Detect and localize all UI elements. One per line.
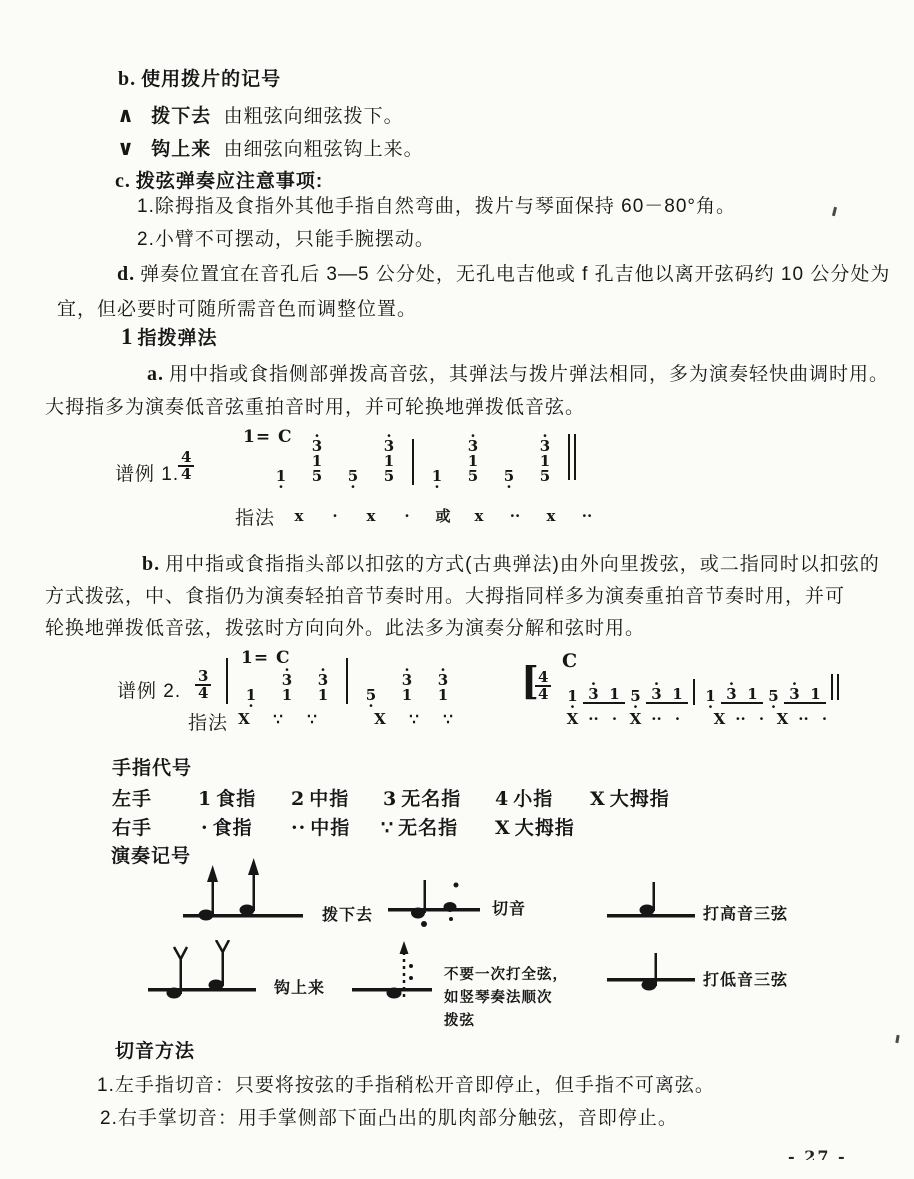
cut-method-title: 切音方法 <box>115 1036 195 1063</box>
downstroke-desc: 由粗弦向细弦拨下。 <box>224 106 404 127</box>
finger-code: 1 <box>198 788 212 810</box>
music-example-2: 谱例 2. 1= C 3 4 1··31··31·5··31··31· 指法 X… <box>115 648 885 743</box>
sign-cut-label: 切音 <box>492 896 526 919</box>
sign-hit-high-strings: 打高音三弦 <box>607 876 788 930</box>
finger-code: 4 <box>495 788 509 810</box>
arpeggio-label-line-2: 如竖琴奏法顺次 <box>444 987 568 1010</box>
sign-pick-down: 拨下去 <box>183 858 373 934</box>
sign-hook-up-label: 钩上来 <box>274 975 325 998</box>
example-1-fingering: x·x·或x··x·· <box>281 505 605 526</box>
section-d-line-1: d.弹奏位置宜在音孔后 3—5 公分处，无孔电吉他或 f 孔吉他以离开弦码约 1… <box>117 259 890 286</box>
left-finger-4: 4小指 <box>495 784 553 811</box>
arpeggio-note-icon <box>352 938 438 1016</box>
scan-speck <box>832 207 837 216</box>
page-number: - 27 - <box>788 1147 847 1160</box>
finger-code: X <box>495 817 511 839</box>
sign-hit-high-label: 打高音三弦 <box>703 901 788 924</box>
time-sig-denominator: 4 <box>178 465 194 482</box>
finger-code: 2 <box>291 788 305 810</box>
example-1-time-signature: 4 4 <box>178 450 194 482</box>
time-sig-denominator: 4 <box>535 685 551 702</box>
finger-name: 小指 <box>513 789 553 810</box>
para-b-text-1: 用中指或食指指头部以扣弦的方式(古典弹法)由外向里拨弦，或二指同时以扣弦的 <box>165 554 880 575</box>
arpeggio-label-line-3: 拨弦 <box>444 1010 568 1033</box>
example-2-time-signature-left: 3 4 <box>195 669 211 701</box>
finger-name: 食指 <box>213 818 253 839</box>
section-c-item-1: 1.除拇指及食指外其他手指自然弯曲，拨片与琴面保持 60－80°角。 <box>137 191 736 218</box>
finger-name: 大拇指 <box>610 789 670 810</box>
example-2-key-signature-right: C <box>562 650 578 672</box>
finger-name: 无名指 <box>401 789 461 810</box>
section-d-label: d. <box>117 263 135 285</box>
finger-code: ∵ <box>381 817 394 839</box>
para-b-line-2: 方式拨弦，中、食指仍为演奏轻拍音节奏时用。大拇指同样多为演奏重拍音节奏时用，并可 <box>45 581 845 608</box>
high-note-icon <box>607 876 699 930</box>
finger-name: 食指 <box>216 789 256 810</box>
right-finger-index: ·食指 <box>201 813 253 840</box>
time-sig-denominator: 4 <box>195 684 211 701</box>
sign-hit-low-strings: 打低音三弦 <box>607 948 788 998</box>
low-note-icon <box>607 948 699 998</box>
section-d-text-1: 弹奏位置宜在音孔后 3—5 公分处，无孔电吉他或 f 孔吉他以离开弦码约 10 … <box>140 264 890 285</box>
cut-method-item-2: 2.右手掌切音：用手掌侧部下面凸出的肌肉部分触弦，音即停止。 <box>100 1103 678 1130</box>
finger-code: ·· <box>291 817 306 839</box>
time-sig-numerator: 4 <box>535 670 551 685</box>
finger-code: 3 <box>383 788 397 810</box>
para-b-label: b. <box>142 553 160 575</box>
para-b-line-3: 轮换地弹拨低音弦，拨弦时方向向外。此法多为演奏分解和弦时用。 <box>45 613 645 640</box>
example-2-fingering-left: X∵∵X∵∵ <box>227 710 465 729</box>
sign-hit-low-label: 打低音三弦 <box>703 967 788 990</box>
finger-code: X <box>590 788 606 810</box>
example-2-label: 谱例 2. <box>117 676 181 703</box>
section-b-title: 使用拨片的记号 <box>141 69 281 90</box>
pick-symbol-down-row: ∧ 拨下去 由粗弦向细弦拨下。 <box>117 101 404 128</box>
left-hand-label: 左手 <box>112 784 152 811</box>
section-1-heading: 1指拨弹法 <box>121 323 218 350</box>
upstroke-name: 钩上来 <box>151 134 217 161</box>
example-2-notes-right: 1··3·1·5··3·1·1··3·1·5··3·1· <box>562 674 844 710</box>
section-d-line-2: 宜，但必要时可随所需音色而调整位置。 <box>57 294 417 321</box>
example-2-fingering-label: 指法 <box>188 708 228 735</box>
sign-pick-down-label: 拨下去 <box>322 902 373 925</box>
para-a-text-1: 用中指或食指侧部弹拨高音弦，其弹法与拨片弹法相同，多为演奏轻快曲调时用。 <box>169 364 889 385</box>
hook-up-notes-icon <box>148 940 270 1006</box>
music-example-1: 1= C 谱例 1. 4 4 1··315·5··315·1··315·5··3… <box>115 427 655 535</box>
downstroke-name: 拨下去 <box>151 101 217 128</box>
time-sig-numerator: 4 <box>178 450 194 465</box>
finger-code: · <box>201 817 209 839</box>
finger-codes-title: 手指代号 <box>112 753 192 780</box>
section-b-label: b. <box>118 68 136 90</box>
example-1-label: 谱例 1. <box>115 459 179 486</box>
pick-symbol-up-row: ∨ 钩上来 由细弦向粗弦钩上来。 <box>117 134 424 161</box>
finger-name: 中指 <box>309 789 349 810</box>
right-hand-label: 右手 <box>112 813 152 840</box>
section-c-title: 拨弦弹奏应注意事项: <box>136 171 323 192</box>
para-a-line-2: 大拇指多为演奏低音弦重拍音时用，并可轮换地弹拨低音弦。 <box>45 392 585 419</box>
cut-method-item-1: 1.左手指切音：只要将按弦的手指稍松开音即停止，但手指不可离弦。 <box>97 1070 715 1097</box>
right-finger-ring: ∵无名指 <box>381 813 458 840</box>
example-1-fingering-label: 指法 <box>235 503 275 530</box>
arpeggio-label-line-1: 不要一次打全弦， <box>444 964 568 987</box>
scan-speck <box>895 1035 899 1043</box>
section-1-number: 1 <box>121 324 134 349</box>
section-b-heading: b.使用拨片的记号 <box>118 64 281 91</box>
example-2-time-signature-right: 4 4 <box>535 670 551 702</box>
performance-signs-title: 演奏记号 <box>111 841 191 868</box>
right-finger-middle: ··中指 <box>291 813 350 840</box>
section-c-heading: c.拨弦弹奏应注意事项: <box>115 166 323 193</box>
sign-hook-up: 钩上来 <box>148 940 325 1006</box>
example-2-fingering-right: X···X···X···X··· <box>562 710 835 729</box>
para-a-line-1: a.用中指或食指侧部弹拨高音弦，其弹法与拨片弹法相同，多为演奏轻快曲调时用。 <box>147 359 889 386</box>
time-sig-numerator: 3 <box>195 669 211 684</box>
finger-name: 大拇指 <box>515 818 575 839</box>
section-1-title: 指拨弹法 <box>138 328 218 349</box>
left-finger-thumb: X大拇指 <box>590 784 670 811</box>
left-finger-2: 2中指 <box>291 784 349 811</box>
example-2-notes-left: 1··31··31·5··31··31· <box>221 658 461 709</box>
sign-arpeggio-label: 不要一次打全弦， 如竖琴奏法顺次 拨弦 <box>444 964 568 1033</box>
para-a-label: a. <box>147 363 164 385</box>
sign-cut-note: 切音 <box>388 868 526 932</box>
downstroke-caret-icon: ∧ <box>117 103 145 127</box>
pick-down-notes-icon <box>183 858 318 934</box>
section-c-label: c. <box>115 170 131 192</box>
para-b-line-1: b.用中指或食指指头部以扣弦的方式(古典弹法)由外向里拨弦，或二指同时以扣弦的 <box>142 549 880 576</box>
scanned-document-page: b.使用拨片的记号 ∧ 拨下去 由粗弦向细弦拨下。 ∨ 钩上来 由细弦向粗弦钩上… <box>0 0 914 1179</box>
finger-name: 中指 <box>310 818 350 839</box>
right-finger-thumb: X大拇指 <box>495 813 575 840</box>
left-finger-3: 3无名指 <box>383 784 461 811</box>
cut-note-icon <box>388 868 488 932</box>
finger-name: 无名指 <box>398 818 458 839</box>
upstroke-vee-icon: ∨ <box>117 136 145 160</box>
section-c-item-2: 2.小臂不可摆动，只能手腕摆动。 <box>137 224 435 251</box>
upstroke-desc: 由细弦向粗弦钩上来。 <box>224 139 424 160</box>
left-finger-1: 1食指 <box>198 784 256 811</box>
sign-arpeggio: 不要一次打全弦， 如竖琴奏法顺次 拨弦 <box>352 938 568 1033</box>
example-1-notes: 1··315·5··315·1··315·5··315· <box>263 433 581 490</box>
